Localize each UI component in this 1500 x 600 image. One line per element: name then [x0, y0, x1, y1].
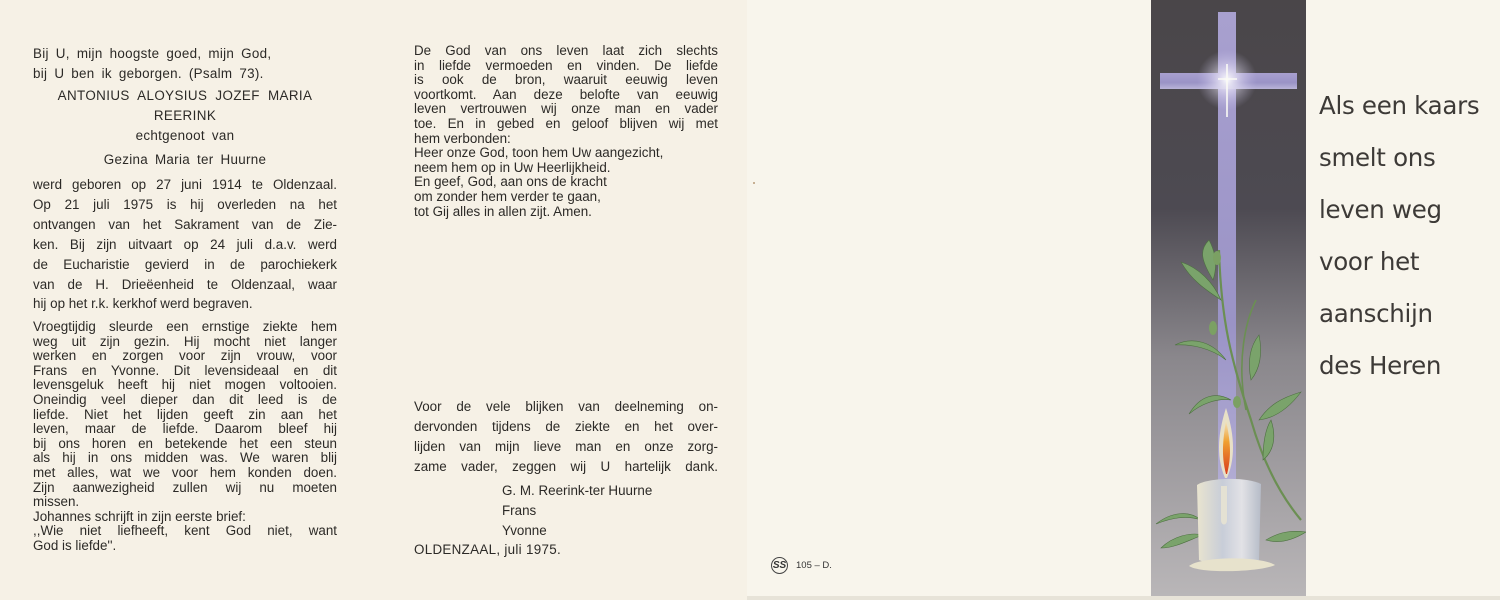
text-line: in liefde vermoeden en vinden. De liefde: [414, 59, 718, 74]
text-line: levensgeluk heeft hij niet mogen voltooi…: [33, 378, 337, 393]
text-line: ,,Wie niet liefheeft, kent God niet, wan…: [33, 524, 337, 539]
text-line: met alles, wat we voor hem konden doen.: [33, 466, 337, 481]
printer-code: 105 – D.: [796, 560, 832, 571]
place-date: OLDENZAAL, juli 1975.: [414, 542, 561, 557]
prayer-text: De God van ons leven laat zich slechtsin…: [414, 44, 718, 219]
signers: G. M. Reerink-ter Huurne Frans Yvonne: [502, 481, 652, 541]
front-verse: Als een kaars smelt ons leven weg voor h…: [1319, 80, 1479, 392]
text-line: God is liefde''.: [33, 539, 337, 554]
paper-speck: [753, 182, 755, 184]
text-line: Zijn aanwezigheid zullen wij nu moeten: [33, 481, 337, 496]
text-line: lijden van mijn lieve man en onze zorg-: [414, 437, 718, 457]
text-line: En geef, God, aan ons de kracht: [414, 175, 718, 190]
text-line: van de H. Drieëenheid te Oldenzaal, waar: [33, 275, 337, 295]
inside-spread: Bij U, mijn hoogste goed, mijn God, bij …: [0, 0, 747, 600]
text-line: toe. En in gebed en geloof blijven wij m…: [414, 117, 718, 132]
thanks-text: Voor de vele blijken van deelneming on-d…: [414, 397, 718, 477]
text-line: zame vader, zeggen wij U hartelijk dank.: [414, 457, 718, 477]
text-line: ontvangen van het Sakrament van de Zie-: [33, 215, 337, 235]
cross-candle-illustration: [1151, 0, 1306, 596]
printer-logo-icon: SS: [771, 557, 788, 574]
text-line: Johannes schrijft in zijn eerste brief:: [33, 510, 337, 525]
verse-line: smelt ons: [1319, 132, 1479, 184]
text-line: Heer onze God, toon hem Uw aangezicht,: [414, 146, 718, 161]
scan-edge: [747, 596, 1500, 600]
text-line: neem hem op in Uw Heerlijkheid.: [414, 161, 718, 176]
text-line: Oneindig veel dieper dan dit leed is de: [33, 393, 337, 408]
text-line: weg uit zijn gezin. Hij mocht niet lange…: [33, 335, 337, 350]
spouse-label: echtgenoot van: [33, 128, 337, 143]
verse-line: voor het: [1319, 236, 1479, 288]
signer: Frans: [502, 501, 652, 521]
text-line: Voor de vele blijken van deelneming on-: [414, 397, 718, 417]
text-line: werken en zorgen voor zijn vrouw, voor: [33, 349, 337, 364]
verse-line: des Heren: [1319, 340, 1479, 392]
text-line: hij op het r.k. kerkhof werd begraven.: [33, 294, 337, 314]
text-line: is ook de bron, waaruit eeuwig leven: [414, 73, 718, 88]
text-line: Frans en Yvonne. Dit levensideaal en dit: [33, 364, 337, 379]
deceased-surname: REERINK: [33, 106, 337, 126]
text-line: Vroegtijdig sleurde een ernstige ziekte …: [33, 320, 337, 335]
deceased-given-names: ANTONIUS ALOYSIUS JOZEF MARIA: [33, 86, 337, 106]
text-line: de Eucharistie gevierd in de parochieker…: [33, 255, 337, 275]
verse-line: aanschijn: [1319, 288, 1479, 340]
text-line: leven vertrouwen wij onze man en vader: [414, 102, 718, 117]
printer-mark: SS 105 – D.: [771, 557, 832, 574]
psalm-line: bij U ben ik geborgen. (Psalm 73).: [33, 64, 337, 84]
memorial-text: Vroegtijdig sleurde een ernstige ziekte …: [33, 320, 337, 554]
text-line: dervonden tijdens de ziekte en het over-: [414, 417, 718, 437]
verse-line: leven weg: [1319, 184, 1479, 236]
spouse-name: Gezina Maria ter Huurne: [33, 152, 337, 167]
text-line: missen.: [33, 495, 337, 510]
psalm-quote: Bij U, mijn hoogste goed, mijn God, bij …: [33, 44, 337, 84]
text-line: leven, maar de liefde. Daarom bleef hij: [33, 422, 337, 437]
text-line: Op 21 juli 1975 is hij overleden na het: [33, 195, 337, 215]
text-line: om zonder hem verder te gaan,: [414, 190, 718, 205]
deceased-name: ANTONIUS ALOYSIUS JOZEF MARIA REERINK: [33, 86, 337, 126]
text-line: als hij in ons midden was. We waren blij: [33, 451, 337, 466]
verse-line: Als een kaars: [1319, 80, 1479, 132]
text-line: liefde. Niet het lijden geeft zin aan he…: [33, 408, 337, 423]
signer: Yvonne: [502, 521, 652, 541]
text-line: bij ons horen en betekende het een steun: [33, 437, 337, 452]
biography: werd geboren op 27 juni 1914 te Oldenzaa…: [33, 175, 337, 314]
front-card: Als een kaars smelt ons leven weg voor h…: [747, 0, 1500, 596]
text-line: werd geboren op 27 juni 1914 te Oldenzaa…: [33, 175, 337, 195]
text-line: De God van ons leven laat zich slechts: [414, 44, 718, 59]
signer: G. M. Reerink-ter Huurne: [502, 481, 652, 501]
text-line: voortkomt. Aan deze belofte van eeuwig: [414, 88, 718, 103]
text-line: tot Gij alles in allen zijt. Amen.: [414, 205, 718, 220]
psalm-line: Bij U, mijn hoogste goed, mijn God,: [33, 44, 337, 64]
text-line: ken. Bij zijn uitvaart op 24 juli d.a.v.…: [33, 235, 337, 255]
text-line: hem verbonden:: [414, 132, 718, 147]
